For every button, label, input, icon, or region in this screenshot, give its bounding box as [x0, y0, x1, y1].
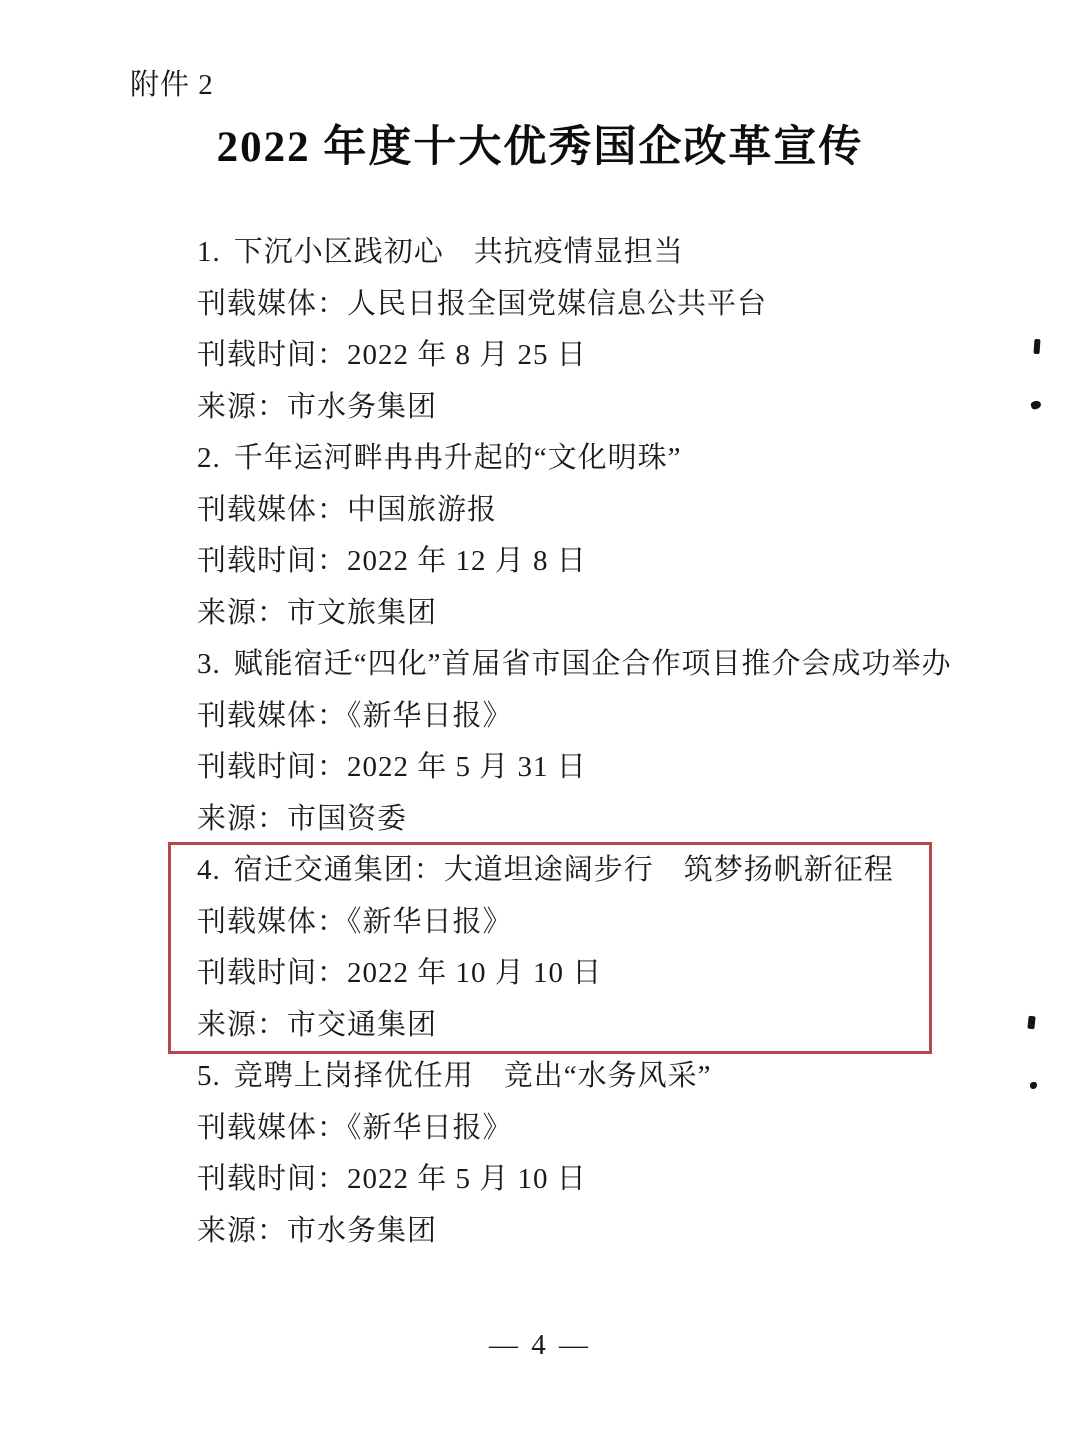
item-media-line: 刊载媒体：《新华日报》 [197, 691, 957, 743]
time-label: 刊载时间： [197, 751, 347, 783]
source-label: 来源： [197, 391, 287, 423]
time-value: 2022 年 5 月 10 日 [347, 1163, 587, 1195]
item-title: 下沉小区践初心 共抗疫情显担当 [234, 236, 684, 268]
scan-artifact [1030, 400, 1042, 411]
source-value: 市水务集团 [287, 1215, 437, 1247]
item-source-line: 来源：市水务集团 [197, 1206, 957, 1258]
item-number: 4. [197, 845, 221, 897]
item-title: 宿迁交通集团：大道坦途阔步行 筑梦扬帆新征程 [234, 854, 894, 886]
media-label: 刊载媒体： [197, 700, 347, 732]
attachment-label: 附件 2 [130, 66, 214, 104]
item-time-line: 刊载时间：2022 年 5 月 10 日 [197, 1154, 957, 1206]
item-title: 千年运河畔冉冉升起的“文化明珠” [234, 442, 682, 474]
media-value: 中国旅游报 [347, 494, 497, 526]
media-label: 刊载媒体： [197, 1112, 347, 1144]
scan-artifact [1027, 1016, 1035, 1030]
media-value: 《新华日报》 [347, 906, 513, 938]
time-label: 刊载时间： [197, 957, 347, 989]
list-item-1: 1.下沉小区践初心 共抗疫情显担当 刊载媒体：人民日报全国党媒信息公共平台 刊载… [197, 227, 957, 433]
item-number: 5. [197, 1051, 221, 1103]
source-label: 来源： [197, 803, 287, 835]
item-number: 1. [197, 227, 221, 279]
item-time-line: 刊载时间：2022 年 12 月 8 日 [197, 536, 957, 588]
page-title: 2022 年度十大优秀国企改革宣传 [0, 120, 1080, 176]
item-media-line: 刊载媒体：中国旅游报 [197, 485, 957, 537]
item-title-line: 1.下沉小区践初心 共抗疫情显担当 [197, 227, 957, 279]
scan-artifact [1030, 1082, 1037, 1089]
item-source-line: 来源：市国资委 [197, 794, 957, 846]
item-number: 2. [197, 433, 221, 485]
award-list: 1.下沉小区践初心 共抗疫情显担当 刊载媒体：人民日报全国党媒信息公共平台 刊载… [197, 227, 957, 1257]
item-source-line: 来源：市交通集团 [197, 1000, 929, 1052]
media-value: 《新华日报》 [347, 1112, 513, 1144]
list-item-2: 2.千年运河畔冉冉升起的“文化明珠” 刊载媒体：中国旅游报 刊载时间：2022 … [197, 433, 957, 639]
item-title-line: 5.竞聘上岗择优任用 竞出“水务风采” [197, 1051, 957, 1103]
scan-artifact [1033, 339, 1040, 354]
item-time-line: 刊载时间：2022 年 8 月 25 日 [197, 330, 957, 382]
media-value: 人民日报全国党媒信息公共平台 [347, 288, 767, 320]
source-value: 市交通集团 [287, 1009, 437, 1041]
time-value: 2022 年 5 月 31 日 [347, 751, 587, 783]
source-value: 市文旅集团 [287, 597, 437, 629]
item-title: 赋能宿迁“四化”首届省市国企合作项目推介会成功举办 [234, 648, 952, 680]
item-title-line: 4.宿迁交通集团：大道坦途阔步行 筑梦扬帆新征程 [197, 845, 929, 897]
document-page: 附件 2 2022 年度十大优秀国企改革宣传 1.下沉小区践初心 共抗疫情显担当… [0, 0, 1080, 1441]
item-source-line: 来源：市文旅集团 [197, 588, 957, 640]
item-media-line: 刊载媒体：《新华日报》 [197, 897, 929, 949]
item-media-line: 刊载媒体：人民日报全国党媒信息公共平台 [197, 279, 957, 331]
time-label: 刊载时间： [197, 545, 347, 577]
item-title-line: 3.赋能宿迁“四化”首届省市国企合作项目推介会成功举办 [197, 639, 957, 691]
source-label: 来源： [197, 597, 287, 629]
source-label: 来源： [197, 1215, 287, 1247]
time-value: 2022 年 12 月 8 日 [347, 545, 587, 577]
item-title: 竞聘上岗择优任用 竞出“水务风采” [234, 1060, 712, 1092]
item-time-line: 刊载时间：2022 年 10 月 10 日 [197, 948, 929, 1000]
item-media-line: 刊载媒体：《新华日报》 [197, 1103, 957, 1155]
item-source-line: 来源：市水务集团 [197, 382, 957, 434]
source-value: 市水务集团 [287, 391, 437, 423]
media-label: 刊载媒体： [197, 906, 347, 938]
item-title-line: 2.千年运河畔冉冉升起的“文化明珠” [197, 433, 957, 485]
media-value: 《新华日报》 [347, 700, 513, 732]
time-value: 2022 年 8 月 25 日 [347, 339, 587, 371]
list-item-5: 5.竞聘上岗择优任用 竞出“水务风采” 刊载媒体：《新华日报》 刊载时间：202… [197, 1051, 957, 1257]
source-label: 来源： [197, 1009, 287, 1041]
media-label: 刊载媒体： [197, 494, 347, 526]
list-item-4-highlighted: 4.宿迁交通集团：大道坦途阔步行 筑梦扬帆新征程 刊载媒体：《新华日报》 刊载时… [168, 842, 932, 1054]
item-number: 3. [197, 639, 221, 691]
page-number: — 4 — [0, 1326, 1080, 1364]
time-label: 刊载时间： [197, 1163, 347, 1195]
source-value: 市国资委 [287, 803, 407, 835]
time-value: 2022 年 10 月 10 日 [347, 957, 602, 989]
list-item-3: 3.赋能宿迁“四化”首届省市国企合作项目推介会成功举办 刊载媒体：《新华日报》 … [197, 639, 957, 845]
media-label: 刊载媒体： [197, 288, 347, 320]
item-time-line: 刊载时间：2022 年 5 月 31 日 [197, 742, 957, 794]
time-label: 刊载时间： [197, 339, 347, 371]
